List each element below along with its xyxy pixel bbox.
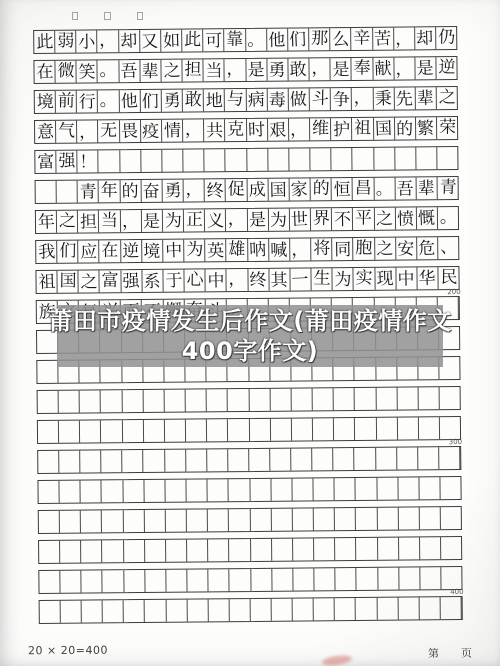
- grid-cell: [38, 451, 59, 473]
- handwritten-character: 雄: [228, 241, 245, 258]
- grid-cell: 弱: [55, 31, 76, 53]
- grid-cell: 之: [375, 238, 396, 260]
- grid-cell: 畏: [120, 120, 141, 142]
- grid-cell: 病: [246, 89, 267, 111]
- grid-cell: 的: [311, 178, 332, 200]
- grid-cell: 是: [142, 210, 163, 232]
- grid-cell: 辈: [416, 177, 437, 199]
- grid-cell: [355, 448, 376, 470]
- grid-cell: 现: [375, 268, 396, 290]
- grid-cell: ！: [78, 150, 99, 172]
- grid-cell: ，: [77, 120, 98, 142]
- grid-cell: [229, 479, 250, 501]
- grid-cell: 维: [310, 118, 331, 140]
- handwritten-character: 辛: [353, 30, 370, 47]
- handwritten-character: 平: [355, 210, 372, 227]
- handwritten-character: 终: [249, 272, 267, 290]
- grid-cell: [441, 537, 461, 559]
- grid-cell: 是: [331, 58, 352, 80]
- grid-cell: [398, 477, 419, 499]
- handwritten-character: 荣: [439, 119, 456, 136]
- grid-cell: ，: [184, 179, 205, 201]
- grid-cell: [36, 181, 57, 203]
- grid-cell: [335, 478, 356, 500]
- grid-cell: [419, 477, 440, 499]
- grid-cell: 恒: [332, 178, 353, 200]
- grid-cell: [103, 540, 124, 562]
- grid-cell: [145, 600, 166, 622]
- grid-cell: 们: [57, 241, 78, 263]
- grid-cell: 于: [163, 270, 184, 292]
- grid-cell: [398, 507, 419, 529]
- grid-cell: [441, 567, 461, 589]
- handwritten-character: 心: [186, 271, 203, 288]
- handwritten-character: 是: [417, 60, 435, 78]
- grid-cell: ，: [225, 59, 246, 81]
- handwritten-character: ，: [122, 213, 140, 231]
- grid-cell: [144, 420, 165, 442]
- handwritten-character: 中: [207, 273, 224, 290]
- grid-cell: [205, 149, 226, 171]
- grid-cell: 奋: [141, 180, 162, 202]
- grid-cell: 之: [79, 270, 100, 292]
- handwritten-character: 勇: [163, 92, 181, 110]
- grid-cell: 担: [78, 210, 99, 232]
- grid-cell: [103, 600, 124, 622]
- paper-top-edge-marks: [72, 12, 143, 20]
- grid-cell: ，: [227, 269, 248, 291]
- grid-cell: [187, 509, 208, 531]
- handwritten-character: 为: [270, 212, 287, 229]
- handwritten-character: 义: [207, 213, 224, 230]
- grid-cell: 敢: [183, 89, 204, 111]
- grid-cell: [60, 481, 81, 503]
- grid-cell: 中: [396, 267, 417, 289]
- grid-cell: 他: [267, 29, 288, 51]
- grid-cell: 无: [98, 120, 119, 142]
- grid-cell: ，: [290, 238, 311, 260]
- grid-cell: [334, 388, 355, 410]
- grid-cell: [249, 389, 270, 411]
- grid-cell: 与: [225, 89, 246, 111]
- grid-cell: [419, 597, 440, 619]
- handwritten-character: 病: [248, 92, 266, 110]
- handwritten-character: 恒: [333, 181, 350, 198]
- grid-row: [37, 416, 461, 444]
- grid-cell: [123, 480, 144, 502]
- grid-cell: 疫: [141, 120, 162, 142]
- grid-row: [38, 536, 462, 564]
- handwritten-character: 境: [143, 243, 160, 260]
- grid-cell: [250, 509, 271, 531]
- handwritten-character: [37, 184, 55, 202]
- grid-cell: [124, 570, 145, 592]
- handwritten-character: ，: [291, 241, 309, 259]
- grid-cell: [229, 539, 250, 561]
- grid-cell: [60, 511, 81, 533]
- handwritten-character: 的: [312, 180, 329, 197]
- grid-cell: 国: [58, 271, 79, 293]
- grid-cell: [187, 569, 208, 591]
- handwritten-character: 意: [36, 124, 54, 142]
- top-edge-mark: [72, 12, 78, 20]
- handwritten-character: 实: [355, 270, 372, 287]
- red-smudge-mark: [322, 654, 353, 666]
- grid-cell: 勇: [162, 90, 183, 112]
- grid-cell: [356, 508, 377, 530]
- grid-cell: 担: [183, 59, 204, 81]
- handwritten-character: 情: [163, 122, 181, 140]
- handwritten-character: 做: [290, 91, 308, 109]
- handwritten-character: 之: [163, 62, 181, 80]
- handwritten-character: 献: [374, 60, 392, 78]
- handwritten-character: 是: [143, 213, 160, 230]
- handwritten-character: 我: [38, 244, 56, 262]
- handwritten-character: 却: [120, 33, 138, 51]
- grid-cell: 系: [142, 270, 163, 292]
- grid-cell: 境: [35, 91, 56, 113]
- grid-cell: ，: [309, 58, 330, 80]
- grid-cell: 如: [161, 30, 182, 52]
- grid-row: 意气，无畏疫情，共克时艰，维护祖国的繁荣: [34, 116, 458, 144]
- handwritten-character: 英: [207, 243, 224, 260]
- handwritten-character: 们: [142, 93, 159, 110]
- handwritten-character: ，: [395, 31, 412, 48]
- handwritten-character: 笑: [78, 64, 95, 81]
- handwritten-character: 为: [164, 212, 182, 230]
- handwritten-character: 仍: [438, 29, 455, 46]
- grid-cell: [208, 539, 229, 561]
- grid-cell: [162, 150, 183, 172]
- grid-cell: 辈: [140, 60, 161, 82]
- grid-cell: 勇: [163, 180, 184, 202]
- grid-cell: 促: [226, 179, 247, 201]
- handwritten-character: 们: [59, 243, 76, 260]
- grid-cell: 他: [119, 90, 140, 112]
- handwritten-character: 世: [291, 211, 309, 229]
- grid-row: 300: [37, 446, 461, 474]
- grid-cell: 不: [332, 208, 353, 230]
- grid-cell: [399, 537, 420, 559]
- grid-cell: [124, 600, 145, 622]
- handwritten-character: 繁: [417, 120, 435, 138]
- handwritten-character: ，: [354, 90, 371, 107]
- grid-cell: [183, 149, 204, 171]
- grid-cell: [80, 390, 101, 412]
- handwritten-character: 家: [291, 181, 309, 199]
- handwritten-character: 强: [58, 153, 75, 170]
- handwritten-character: 富: [101, 272, 118, 289]
- grid-cell: [398, 417, 419, 439]
- handwritten-character: 愤: [397, 211, 414, 228]
- handwritten-character: 其: [271, 272, 288, 289]
- grid-cell: [80, 450, 101, 472]
- handwritten-character: ，: [396, 61, 413, 78]
- grid-cell: 靠: [225, 29, 246, 51]
- grid-size-label: 20 × 20=400: [28, 644, 108, 658]
- handwritten-character: 系: [144, 273, 161, 290]
- grid-cell: 时: [247, 119, 268, 141]
- grid-cell: 民: [438, 267, 458, 289]
- handwritten-character: 在: [36, 64, 54, 82]
- handwritten-character: 那: [311, 30, 328, 47]
- grid-cell: [293, 568, 314, 590]
- grid-cell: 其: [269, 269, 290, 291]
- grid-cell: 强: [121, 270, 142, 292]
- handwritten-character: 敢: [184, 91, 201, 108]
- grid-cell: 家: [289, 178, 310, 200]
- handwritten-character: 辈: [417, 90, 435, 108]
- grid-cell: [418, 387, 439, 409]
- grid-cell: [186, 389, 207, 411]
- handwritten-character: 之: [438, 89, 455, 106]
- grid-cell: 当: [204, 59, 225, 81]
- handwritten-character: 危: [418, 240, 436, 258]
- grid-cell: 前: [56, 91, 77, 113]
- handwritten-character: 地: [206, 93, 223, 110]
- top-edge-mark: [104, 12, 111, 20]
- grid-cell: [377, 478, 398, 500]
- grid-cell: [357, 568, 378, 590]
- handwritten-character: 正: [186, 211, 203, 228]
- grid-cell: ，: [98, 30, 119, 52]
- handwritten-character: 之: [59, 213, 76, 230]
- grid-cell: [331, 148, 352, 170]
- grid-cell: 为: [184, 239, 205, 261]
- grid-cell: [249, 449, 270, 471]
- grid-cell: [376, 418, 397, 440]
- grid-cell: [420, 567, 441, 589]
- grid-cell: [272, 599, 293, 621]
- grid-cell: 祖: [36, 271, 57, 293]
- handwritten-character: 为: [334, 271, 351, 288]
- grid-cell: [355, 388, 376, 410]
- grid-cell: [335, 508, 356, 530]
- grid-cell: [334, 418, 355, 440]
- grid-cell: 却: [119, 30, 140, 52]
- handwritten-character: 此: [36, 34, 54, 52]
- grid-cell: 愤: [396, 207, 417, 229]
- grid-cell: [420, 537, 441, 559]
- handwritten-character: 青: [439, 179, 456, 196]
- handwritten-character: 、: [440, 239, 457, 256]
- grid-cell: [207, 419, 228, 441]
- grid-cell: 那: [309, 28, 330, 50]
- grid-cell: [310, 148, 331, 170]
- handwritten-character: 毒: [269, 92, 286, 109]
- grid-cell: [228, 449, 249, 471]
- handwritten-character: 喊: [270, 242, 287, 259]
- handwritten-character: 与: [227, 91, 244, 108]
- handwritten-character: 国: [270, 182, 287, 199]
- grid-cell: [81, 510, 102, 532]
- grid-cell: [251, 539, 272, 561]
- grid-row: 在微笑。吾辈之担当，是勇敢，是奉献，是逆: [33, 56, 457, 84]
- grid-cell: [145, 570, 166, 592]
- handwritten-character: 当: [101, 212, 118, 229]
- grid-cell: [141, 150, 162, 172]
- grid-cell: 心: [185, 269, 206, 291]
- handwritten-character: ，: [311, 60, 328, 77]
- grid-cell: [272, 539, 293, 561]
- grid-cell: [39, 511, 60, 533]
- grid-cell: [38, 421, 59, 443]
- handwritten-character: 气: [58, 123, 75, 140]
- handwritten-character: 勇: [164, 182, 182, 200]
- grid-cell: ，: [352, 88, 373, 110]
- grid-cell: [37, 361, 58, 383]
- grid-cell: 青: [78, 180, 99, 202]
- page-number-label: 第 页: [428, 645, 472, 661]
- grid-cell: 之: [57, 211, 78, 233]
- grid-cell: 辛: [351, 28, 372, 50]
- handwritten-character: 斗: [311, 90, 328, 107]
- char-count-marker: 300: [449, 439, 462, 446]
- grid-cell: [356, 478, 377, 500]
- handwritten-character: 时: [248, 122, 266, 140]
- grid-cell: ，: [226, 209, 247, 231]
- handwritten-character: 年: [101, 182, 118, 199]
- grid-cell: [165, 450, 186, 472]
- grid-cell: 慨: [417, 207, 438, 229]
- handwritten-character: 克: [227, 121, 244, 138]
- grid-cell: 仍: [436, 27, 456, 49]
- grid-cell: 的: [395, 117, 416, 139]
- grid-cell: [122, 390, 143, 412]
- handwritten-character: 的: [122, 183, 140, 201]
- page-number-prefix: 第: [428, 645, 439, 661]
- grid-cell: [314, 598, 335, 620]
- grid-cell: 意: [35, 121, 56, 143]
- grid-cell: 逆: [436, 57, 456, 79]
- grid-cell: 强: [56, 151, 77, 173]
- handwritten-character: 于: [165, 272, 183, 290]
- grid-cell: 是: [246, 59, 267, 81]
- grid-cell: 。: [438, 207, 458, 229]
- grid-cell: 终: [205, 179, 226, 201]
- grid-cell: [80, 420, 101, 442]
- grid-cell: 。: [98, 90, 119, 112]
- grid-cell: 。: [246, 29, 267, 51]
- handwritten-character: 靠: [226, 31, 243, 48]
- grid-cell: 年: [99, 180, 120, 202]
- handwritten-character: 国: [59, 273, 76, 290]
- grid-cell: [60, 571, 81, 593]
- grid-cell: [440, 387, 460, 409]
- grid-cell: [440, 477, 460, 499]
- grid-cell: 为: [163, 210, 184, 232]
- grid-cell: [123, 510, 144, 532]
- grid-row: 此弱小，却又如此可靠。他们那么辛苦，却仍: [33, 26, 457, 54]
- top-edge-mark: [137, 12, 143, 20]
- grid-cell: [230, 569, 251, 591]
- handwritten-character: 敢: [290, 61, 308, 79]
- grid-cell: [229, 599, 250, 621]
- grid-cell: [59, 451, 80, 473]
- grid-cell: [312, 448, 333, 470]
- handwritten-character: ，: [226, 61, 243, 78]
- grid-cell: [376, 448, 397, 470]
- grid-cell: 华: [417, 267, 438, 289]
- grid-cell: 之: [437, 87, 457, 109]
- grid-row: 我们应在逆境中为英雄呐喊，将同胞之安危、: [35, 236, 459, 264]
- handwritten-character: 奋: [143, 183, 160, 200]
- grid-cell: [378, 538, 399, 560]
- grid-cell: 奉: [352, 58, 373, 80]
- handwritten-character: 生: [313, 270, 330, 287]
- grid-cell: [38, 481, 59, 503]
- grid-cell: [313, 418, 334, 440]
- grid-cell: [293, 598, 314, 620]
- grid-cell: 逆: [121, 240, 142, 262]
- grid-cell: [120, 150, 141, 172]
- grid-cell: [314, 508, 335, 530]
- grid-cell: [313, 388, 334, 410]
- grid-cell: [268, 149, 289, 171]
- grid-cell: 同: [332, 238, 353, 260]
- handwritten-character: 逆: [438, 59, 455, 76]
- grid-cell: 雄: [227, 239, 248, 261]
- grid-cell: [335, 598, 356, 620]
- grid-cell: [355, 418, 376, 440]
- grid-cell: [166, 540, 187, 562]
- grid-cell: 富: [35, 151, 56, 173]
- grid-cell: [293, 538, 314, 560]
- handwritten-character: 护: [333, 121, 350, 138]
- grid-cell: [314, 568, 335, 590]
- grid-cell: ，: [394, 57, 415, 79]
- handwritten-character: ，: [79, 124, 96, 141]
- grid-cell: 行: [77, 90, 98, 112]
- grid-cell: [376, 388, 397, 410]
- grid-cell: [102, 480, 123, 502]
- grid-cell: 的: [120, 180, 141, 202]
- grid-cell: 安: [396, 237, 417, 259]
- grid-cell: 在: [100, 240, 121, 262]
- grid-cell: 克: [225, 119, 246, 141]
- handwritten-character: 不: [334, 211, 351, 228]
- grid-cell: [207, 449, 228, 471]
- grid-cell: 此: [182, 29, 203, 51]
- grid-cell: 。: [374, 178, 395, 200]
- grid-cell: [99, 150, 120, 172]
- handwritten-character: 。: [439, 209, 456, 226]
- grid-cell: [226, 149, 247, 171]
- grid-cell: [395, 147, 416, 169]
- grid-cell: [289, 148, 310, 170]
- grid-cell: [270, 449, 291, 471]
- handwritten-character: 。: [100, 92, 117, 109]
- handwritten-character: 又: [141, 33, 158, 50]
- handwritten-character: ，: [290, 121, 308, 139]
- grid-cell: 成: [247, 179, 268, 201]
- handwritten-character: 先: [396, 91, 413, 108]
- handwritten-character: 中: [164, 242, 182, 260]
- handwritten-character: 呐: [249, 242, 267, 260]
- grid-cell: 又: [140, 30, 161, 52]
- grid-cell: 们: [288, 28, 309, 50]
- grid-row: [37, 476, 461, 504]
- grid-cell: [39, 541, 60, 563]
- grid-cell: [356, 538, 377, 560]
- grid-cell: [208, 599, 229, 621]
- grid-cell: [377, 598, 398, 620]
- grid-cell: [40, 601, 61, 623]
- grid-cell: 中: [163, 240, 184, 262]
- grid-cell: [187, 599, 208, 621]
- grid-cell: 胞: [353, 238, 374, 260]
- grid-cell: [272, 569, 293, 591]
